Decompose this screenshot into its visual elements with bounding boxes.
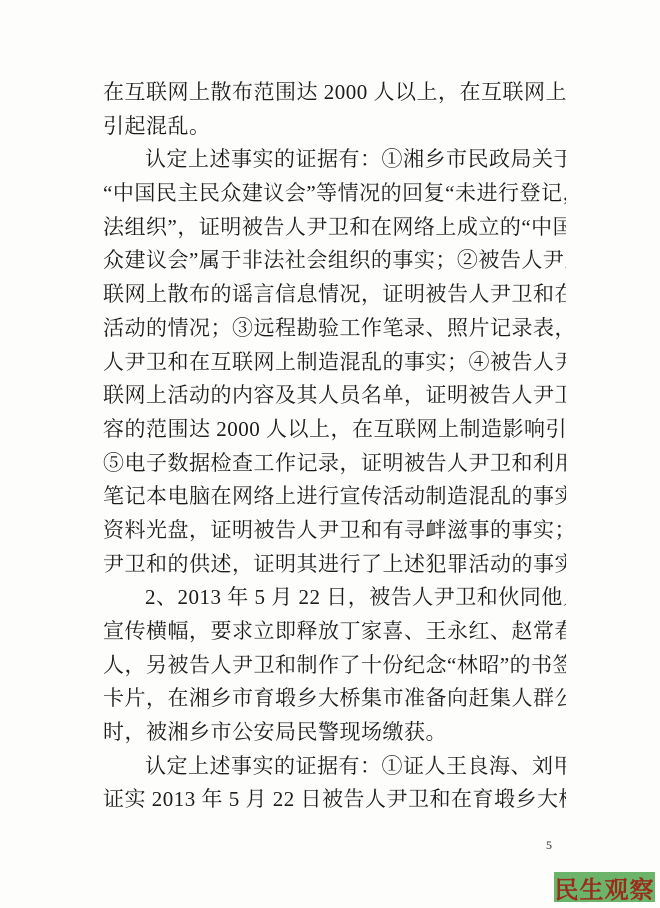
text-line: 笔记本电脑在网络上进行宣传活动制造混乱的事实；⑥视听 [103,480,566,514]
text-line: 引起混乱。 [103,110,566,144]
text-line: 人，另被告人尹卫和制作了十份纪念“林昭”的书签式宣传 [103,649,566,683]
text-block: 在互联网上散布范围达 2000 人以上，在互联网上制造影响 引起混乱。 认定上述… [103,76,566,817]
text-line: 在互联网上散布范围达 2000 人以上，在互联网上制造影响 [103,76,566,110]
text-line: 资料光盘，证明被告人尹卫和有寻衅滋事的事实；⑦被告人 [103,514,566,548]
text-line: 尹卫和的供述，证明其进行了上述犯罪活动的事实。 [103,548,566,582]
document-page: 在互联网上散布范围达 2000 人以上，在互联网上制造影响 引起混乱。 认定上述… [0,0,660,908]
text-line: 联网上活动的内容及其人员名单，证明被告人尹卫和散布内 [103,379,566,413]
text-line: 卡片，在湘乡市育塅乡大桥集市准备向赶集人群公开宣传 [103,682,566,716]
text-line: “中国民主民众建议会”等情况的回复“未进行登记，属非 [103,177,566,211]
text-line: 认定上述事实的证据有：①湘乡市民政局关于调查核实 [103,143,566,177]
watermark-text: 民生观察 [555,870,655,905]
text-line: 2、2013 年 5 月 22 日，被告人尹卫和伙同他人携带纸质 [103,581,566,615]
text-line: 联网上散布的谣言信息情况，证明被告人尹卫和在互联网上 [103,278,566,312]
text-line: 容的范围达 2000 人以上，在互联网上制造影响引起混乱； [103,413,566,447]
text-line: 时，被湘乡市公安局民警现场缴获。 [103,716,566,750]
watermark-badge: 民生观察 [554,872,655,902]
text-line: 众建议会”属于非法社会组织的事实；②被告人尹卫和在互 [103,244,566,278]
text-line: 宣传横幅，要求立即释放丁家喜、王永红、赵常春、李蔚等 [103,615,566,649]
text-line: 活动的情况；③远程勘验工作笔录、照片记录表，证明被告 [103,312,566,346]
text-line: 认定上述事实的证据有：①证人王良海、刘甲卫的证言， [103,750,566,784]
text-line: ⑤电子数据检查工作记录，证明被告人尹卫和利用其家里的 [103,447,566,481]
text-line: 法组织”，证明被告人尹卫和在网络上成立的“中国民主民 [103,211,566,245]
text-line: 证实 2013 年 5 月 22 日被告人尹卫和在育塅乡大桥集市上被 [103,783,566,817]
page-number: 5 [546,838,552,853]
text-line: 人尹卫和在互联网上制造混乱的事实；④被告人尹卫和在互 [103,346,566,380]
